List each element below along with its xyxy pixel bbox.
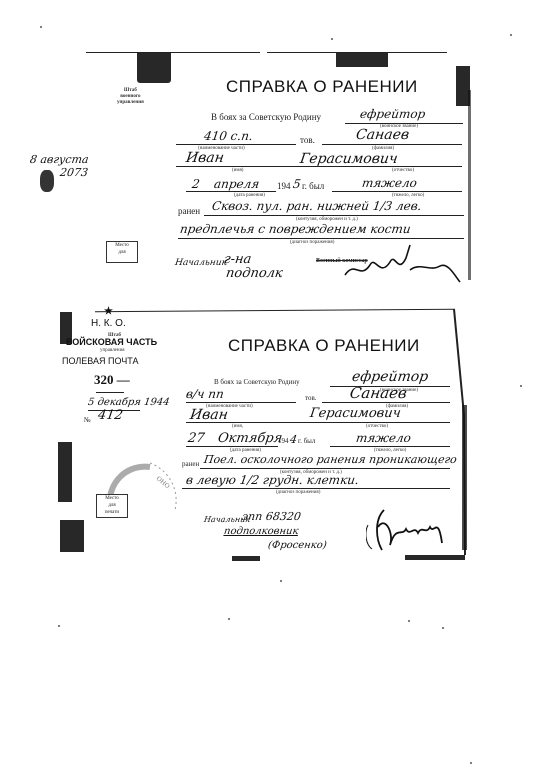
rule — [176, 144, 296, 145]
scan-blot — [137, 53, 171, 83]
scan-blot — [405, 555, 465, 560]
card2-chief-hand3: (Фросенко) — [267, 540, 327, 551]
card1-margin-note-date: 8 августа — [29, 153, 89, 166]
card2-rank: ефрейтор — [351, 369, 429, 385]
card1-year-prefix: 194 — [277, 181, 291, 191]
card1-corner-stamp: Штаб военного управления — [117, 88, 144, 106]
speck — [280, 580, 282, 582]
card2-patronymic-caption: (отчество) — [366, 424, 388, 429]
card2-date-day: 27 — [187, 431, 206, 446]
card1-tov-label: тов. — [300, 135, 315, 145]
rule — [322, 144, 462, 145]
card2-chief-hand2: подполковник — [223, 526, 299, 537]
scan-blot — [40, 170, 54, 192]
card2-unit: в/ч пп — [185, 387, 225, 401]
card1-wounded-label: ранен — [178, 206, 200, 216]
card1-wound-caption: (диагноз поражения) — [290, 240, 334, 245]
speck — [470, 762, 472, 764]
card1-line1-label: В боях за Советскую Родину — [211, 112, 321, 122]
speck — [40, 26, 42, 28]
card2-header-unit: ВОЙСКОВАЯ ЧАСТЬ — [66, 337, 157, 347]
card2-wound-line1: Поел. осколочного ранения проникающего — [203, 453, 458, 466]
card2-wound-line2: в левую 1/2 грудн. клетки. — [185, 473, 360, 487]
rule — [186, 191, 276, 192]
card2-chief-hand1: эпп 68320 — [241, 510, 302, 523]
card2-header-post: ПОЛЕВАЯ ПОЧТА — [62, 356, 138, 366]
card1-top-edge — [86, 52, 260, 53]
card2-number-hand: 412 — [97, 408, 124, 423]
card1-surname: Санаев — [355, 127, 410, 143]
rule — [186, 402, 296, 403]
card2-severity: тяжело — [355, 431, 412, 445]
card1-date-month: апреля — [213, 177, 260, 191]
speck — [408, 620, 410, 622]
card1-stamp-place: Место для — [106, 241, 138, 263]
rule — [178, 238, 464, 239]
card1-rank: ефрейтор — [359, 107, 426, 121]
speck — [520, 385, 522, 387]
card1-severity: тяжело — [361, 176, 418, 190]
card2-signature — [366, 505, 451, 555]
card1-year-suffix: 5 — [292, 177, 302, 191]
card1-patronymic-caption: (отчество) — [392, 168, 414, 173]
card2-first-name: Иван — [189, 407, 229, 423]
card1-wound-line1: Сквоз. пул. ран. нижней 1/3 лев. — [211, 199, 423, 213]
scan-blot — [232, 556, 260, 561]
speck — [331, 38, 333, 40]
card2-header-number: 320 — — [94, 372, 130, 388]
card1-title: СПРАВКА О РАНЕНИИ — [226, 77, 418, 97]
card1-severity-caption: (тяжело, легко) — [392, 193, 424, 198]
card2-header-unit-sub: управления — [100, 348, 125, 353]
card1-first-name-caption: (имя) — [232, 168, 243, 173]
scan-blot — [58, 442, 72, 502]
card2-top-edge — [95, 309, 455, 313]
card2-line1-label: В боях за Советскую Родину — [214, 378, 300, 386]
speck — [58, 625, 60, 627]
rule — [200, 468, 450, 469]
card2-year-g: г. был — [298, 437, 315, 445]
card2-surname: Санаев — [349, 384, 408, 402]
scan-blot — [336, 53, 388, 67]
star-icon: ★ — [104, 306, 113, 317]
card1-date-day: 2 — [191, 177, 201, 191]
card1-chief-label: Начальник — [174, 258, 227, 268]
card2-header-org: Н. К. О. — [91, 318, 126, 329]
card2-year-suffix: 4 — [289, 433, 298, 446]
card1-patronymic: Герасимович — [299, 151, 399, 167]
scan-blot — [60, 520, 84, 552]
speck — [510, 34, 512, 36]
card2-title: СПРАВКА О РАНЕНИИ — [228, 336, 420, 356]
card1-signature — [340, 240, 470, 285]
card1-wound-line2: предплечья с повреждением кости — [179, 222, 412, 236]
rule — [186, 446, 278, 447]
rule — [330, 446, 450, 447]
svg-text:ОНО: ОНО — [155, 475, 171, 490]
rule — [332, 191, 462, 192]
card2-right-edge — [450, 305, 470, 565]
card2-wounded-label: ранен — [182, 460, 199, 468]
card1-chief-hand2: подполк — [225, 266, 284, 281]
speck — [442, 627, 444, 629]
card2-first-name-caption: (имя, — [232, 424, 243, 429]
card2-patronymic: Герасимович — [309, 406, 402, 421]
card2-date-month: Октября — [217, 431, 283, 446]
card2-date-hand: 5 декабря 1944 — [87, 397, 170, 408]
card1-year-g: г. был — [302, 181, 324, 191]
card1-first-name: Иван — [185, 150, 225, 166]
card2-tov-label: тов. — [305, 394, 317, 402]
card2-number-label: № — [84, 416, 91, 424]
card1-date-caption: (дата ранения) — [234, 193, 265, 198]
card2-year-prefix: 194 — [278, 437, 289, 445]
rule — [204, 215, 464, 216]
rule — [96, 392, 124, 393]
card1-unit: 410 с.п. — [203, 129, 254, 143]
speck — [228, 618, 230, 620]
card1-chief-hand1: г-на — [223, 252, 252, 267]
card1-margin-note-number: 2073 — [59, 166, 89, 179]
card2-stamp-place: Место для печати — [96, 494, 128, 518]
rule — [182, 488, 450, 489]
rule — [322, 402, 450, 403]
card2-wound-caption: (диагноз поражения) — [276, 490, 320, 495]
